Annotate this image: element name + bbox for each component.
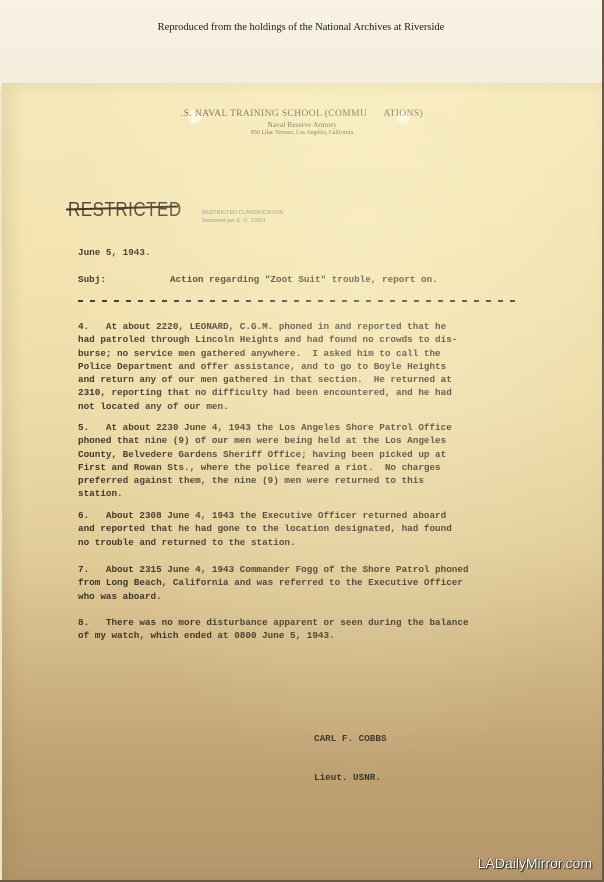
signature-name: CARL F. COBBS bbox=[314, 732, 387, 745]
paragraph-8: 8. There was no more disturbance apparen… bbox=[78, 616, 469, 643]
memo-page: .S. NAVAL TRAINING SCHOOL (COMMU ATIONS)… bbox=[2, 83, 602, 882]
subject-text: Action regarding "Zoot Suit" trouble, re… bbox=[170, 273, 438, 286]
letterhead-subtitle: Naval Reserve Armory bbox=[2, 120, 602, 129]
archive-credit: Reproduced from the holdings of the Nati… bbox=[0, 22, 602, 33]
document-photo: Reproduced from the holdings of the Nati… bbox=[0, 0, 604, 882]
letterhead-organization: .S. NAVAL TRAINING SCHOOL (COMMU ATIONS) bbox=[2, 109, 602, 119]
subject-label: Subj: bbox=[78, 273, 106, 286]
letterhead-address: 850 Lilac Terrace, Los Angeles, Californ… bbox=[2, 130, 602, 136]
paragraph-7: 7. About 2315 June 4, 1943 Commander Fog… bbox=[78, 563, 469, 603]
restricted-stamp: RESTRICTED bbox=[68, 198, 182, 222]
site-watermark: LADailyMirror.com bbox=[478, 855, 592, 871]
dashed-separator bbox=[78, 300, 518, 302]
paragraph-6: 6. About 2308 June 4, 1943 the Executive… bbox=[78, 509, 452, 549]
letterhead: .S. NAVAL TRAINING SCHOOL (COMMU ATIONS)… bbox=[2, 109, 602, 136]
declassification-line: Removed per E. O. 10501 bbox=[202, 217, 284, 225]
declassification-line: RESTRICTED CLASSIFICATION bbox=[202, 209, 284, 217]
archive-backing-sheet: Reproduced from the holdings of the Nati… bbox=[0, 0, 602, 90]
paragraph-5: 5. At about 2230 June 4, 1943 the Los An… bbox=[78, 421, 452, 501]
declassification-stamp: RESTRICTED CLASSIFICATION Removed per E.… bbox=[202, 209, 284, 225]
signature-rank: Lieut. USNR. bbox=[314, 771, 387, 784]
memo-date: June 5, 1943. bbox=[78, 246, 151, 259]
signature-block: CARL F. COBBS Lieut. USNR. bbox=[314, 705, 387, 811]
paragraph-4: 4. At about 2220, LEONARD, C.G.M. phoned… bbox=[78, 320, 457, 413]
